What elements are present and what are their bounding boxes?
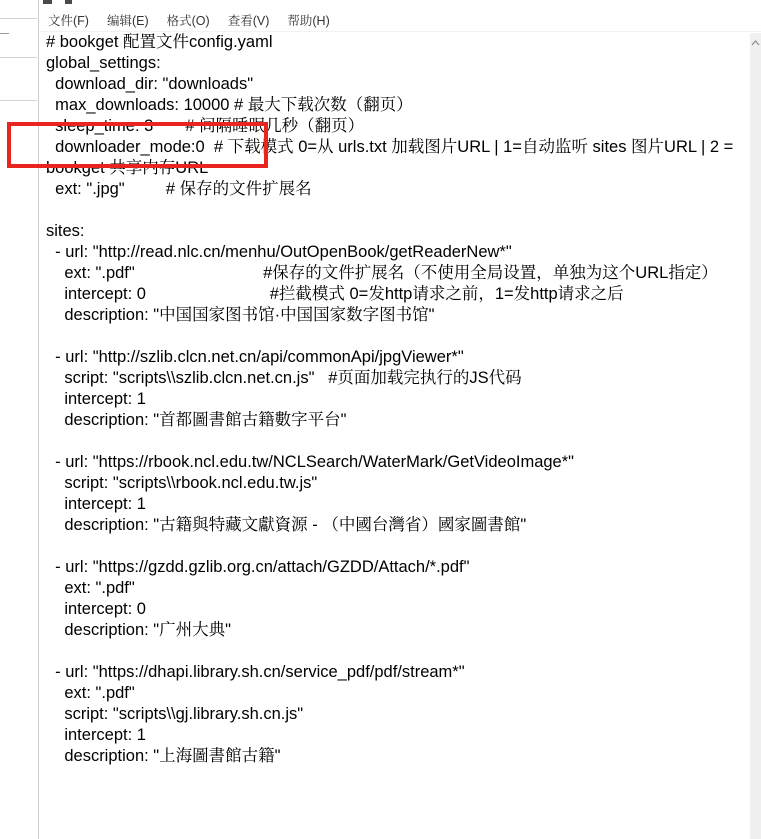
editor-line: max_downloads: 10000 # 最大下载次数（翻页） xyxy=(46,95,761,116)
editor-line: - url: "https://dhapi.library.sh.cn/serv… xyxy=(46,662,761,683)
editor-line: intercept: 1 xyxy=(46,725,761,746)
menu-bar: 文件(F)编辑(E)格式(O)查看(V)帮助(H) xyxy=(39,9,761,32)
vertical-scrollbar[interactable] xyxy=(750,33,761,839)
editor-line: description: "首都圖書館古籍數字平台" xyxy=(46,410,761,431)
editor-line: # bookget 配置文件config.yaml xyxy=(46,32,761,53)
editor-line: ext: ".pdf" #保存的文件扩展名（不使用全局设置，单独为这个URL指定… xyxy=(46,263,761,284)
annotation-red-box xyxy=(7,122,268,168)
editor-line xyxy=(46,431,761,452)
editor-line xyxy=(46,536,761,557)
screenshot-stage: 文件(F)编辑(E)格式(O)查看(V)帮助(H) # bookget 配置文件… xyxy=(0,0,761,839)
menu-item-file[interactable]: 文件(F) xyxy=(39,8,98,32)
menu-item-help[interactable]: 帮助(H) xyxy=(278,8,338,32)
editor-line: download_dir: "downloads" xyxy=(46,74,761,95)
editor-line xyxy=(46,200,761,221)
editor-line: - url: "http://szlib.clcn.net.cn/api/com… xyxy=(46,347,761,368)
editor-line: ext: ".pdf" xyxy=(46,683,761,704)
editor-line: intercept: 1 xyxy=(46,494,761,515)
background-row-divider xyxy=(0,18,37,19)
editor-line: description: "中国国家图书馆·中国国家数字图书馆" xyxy=(46,305,761,326)
editor-line: - url: "http://read.nlc.cn/menhu/OutOpen… xyxy=(46,242,761,263)
editor-line: sites: xyxy=(46,221,761,242)
background-row-divider xyxy=(0,33,9,34)
editor-line: intercept: 0 #拦截模式 0=发http请求之前，1=发http请求… xyxy=(46,284,761,305)
titlebar-text-fragment xyxy=(65,0,72,4)
titlebar-clipped xyxy=(39,0,761,9)
menu-item-view[interactable]: 查看(V) xyxy=(219,8,279,32)
editor-line: global_settings: xyxy=(46,53,761,74)
notepad-icon xyxy=(43,0,52,4)
editor-line xyxy=(46,641,761,662)
editor-line: description: "上海圖書館古籍" xyxy=(46,746,761,767)
editor-line: intercept: 1 xyxy=(46,389,761,410)
chevron-up-icon[interactable] xyxy=(750,38,761,48)
editor-line: - url: "https://gzdd.gzlib.org.cn/attach… xyxy=(46,557,761,578)
editor-line: description: "广州大典" xyxy=(46,620,761,641)
editor-line: intercept: 0 xyxy=(46,599,761,620)
editor-line: script: "scripts\\gj.library.sh.cn.js" xyxy=(46,704,761,725)
editor-line: - url: "https://rbook.ncl.edu.tw/NCLSear… xyxy=(46,452,761,473)
editor-line: ext: ".jpg" # 保存的文件扩展名 xyxy=(46,179,761,200)
background-row-divider xyxy=(0,100,37,101)
editor-line xyxy=(46,326,761,347)
menu-item-format[interactable]: 格式(O) xyxy=(158,8,219,32)
editor-line: description: "古籍與特藏文獻資源 - （中國台灣省）國家圖書館" xyxy=(46,515,761,536)
editor-line: ext: ".pdf" xyxy=(46,578,761,599)
editor-line: script: "scripts\\szlib.clcn.net.cn.js" … xyxy=(46,368,761,389)
background-row-divider xyxy=(0,57,37,58)
editor-line: script: "scripts\\rbook.ncl.edu.tw.js" xyxy=(46,473,761,494)
menu-item-edit[interactable]: 编辑(E) xyxy=(98,8,158,32)
